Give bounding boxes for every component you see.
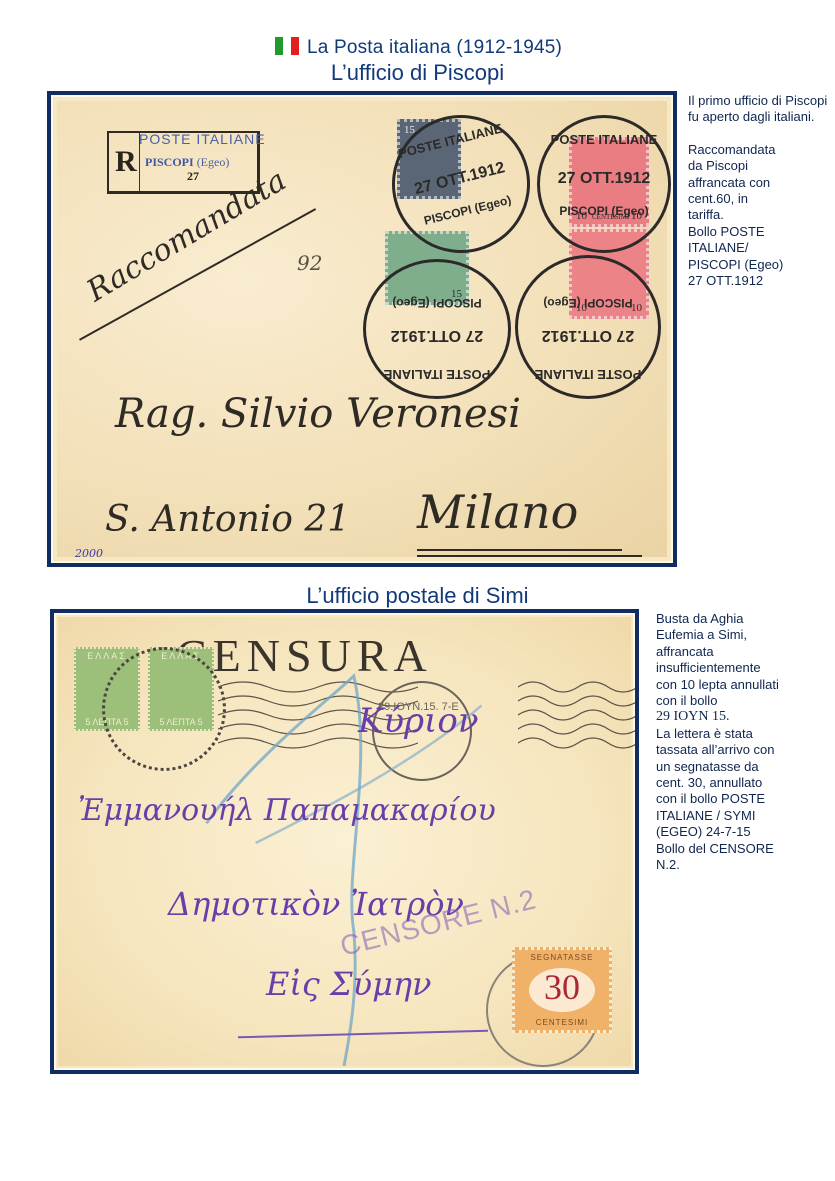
caption-line: con il bollo bbox=[656, 693, 832, 709]
caption-line: Raccomandata bbox=[688, 142, 828, 158]
caption-line: Busta da Aghia bbox=[656, 611, 832, 627]
caption-line: con 10 lepta annullati bbox=[656, 677, 832, 693]
handwritten-street: S. Antonio 21 bbox=[105, 499, 350, 540]
handwritten-kyrion: Κύριον bbox=[358, 701, 479, 741]
postmark: POSTE ITALIANE 27 OTT.1912 PISCOPI (Egeo… bbox=[537, 115, 671, 253]
italian-flag-icon bbox=[273, 37, 301, 55]
section1-title: L’ufficio di Piscopi bbox=[0, 60, 835, 86]
page-header: La Posta italiana (1912-1945) L’ufficio … bbox=[0, 36, 835, 86]
handwritten-city: Milano bbox=[417, 485, 578, 539]
caption-line: cent.60, in bbox=[688, 191, 828, 207]
simi-caption: Busta da Aghia Eufemia a Simi, affrancat… bbox=[656, 611, 832, 874]
segnatasse-30c-stamp: SEGNATASSE 30 CENTESIMI bbox=[512, 947, 612, 1033]
simi-cover-image: CENSURA ΕΛΛΑΣ 5 ΛΕΠΤΑ 5 ΕΛΛΑΣ 5 ΛΕΠΤΑ 5 bbox=[50, 609, 639, 1074]
caption-line: Bollo del CENSORE bbox=[656, 841, 832, 857]
registration-office: PISCOPI (Egeo) bbox=[145, 155, 229, 170]
caption-line: un segnatasse da bbox=[656, 759, 832, 775]
caption-line: PISCOPI (Egeo) bbox=[688, 257, 828, 273]
caption-line: da Piscopi bbox=[688, 158, 828, 174]
caption-line: ITALIANE/ bbox=[688, 240, 828, 256]
handwritten-addressee: Rag. Silvio Veronesi bbox=[115, 391, 521, 437]
postmark: POSTE ITALIANE 27 OTT.1912 PISCOPI (Egeo… bbox=[515, 255, 661, 399]
caption-line: (EGEO) 24-7-15 bbox=[656, 824, 832, 840]
caption-line: ITALIANE / SYMI bbox=[656, 808, 832, 824]
caption-line: con il bollo POSTE bbox=[656, 791, 832, 807]
caption-line: N.2. bbox=[656, 857, 832, 873]
caption-line: cent. 30, annullato bbox=[656, 775, 832, 791]
registration-line1: POSTE ITALIANE bbox=[139, 131, 266, 147]
caption-line: 27 OTT.1912 bbox=[688, 273, 828, 289]
city-underline bbox=[417, 549, 622, 551]
caption-paragraph: Il primo ufficio di Piscopi fu aperto da… bbox=[688, 93, 828, 126]
piscopi-cover-image: R POSTE ITALIANE PISCOPI (Egeo) 27 15 15… bbox=[47, 91, 677, 567]
registration-number: 27 bbox=[187, 169, 199, 184]
section2-title: L’ufficio postale di Simi bbox=[0, 583, 835, 609]
caption-line: Bollo POSTE bbox=[688, 224, 828, 240]
caption-line: affrancata bbox=[656, 644, 832, 660]
postmark: POSTE ITALIANE 27 OTT.1912 PISCOPI (Egeo… bbox=[363, 259, 511, 399]
pencil-note: 2000 bbox=[75, 547, 103, 560]
caption-line: insufficientemente bbox=[656, 660, 832, 676]
caption-line: affrancata con bbox=[688, 175, 828, 191]
piscopi-caption: Il primo ufficio di Piscopi fu aperto da… bbox=[688, 93, 828, 289]
registration-letter: R bbox=[115, 145, 137, 179]
caption-date: 29 IOYN 15. bbox=[656, 709, 832, 725]
page-title-text: La Posta italiana (1912-1945) bbox=[307, 37, 562, 58]
handwritten-mark: 92 bbox=[297, 251, 322, 275]
caption-line: La lettera è stata bbox=[656, 726, 832, 742]
handwritten-addressee: Ἐμμανουήλ Παπαμακαρίου bbox=[78, 793, 496, 828]
caption-line: tariffa. bbox=[688, 207, 828, 223]
page-title: La Posta italiana (1912-1945) bbox=[0, 36, 835, 60]
caption-line: tassata all’arrivo con bbox=[656, 742, 832, 758]
caption-line: Eufemia a Simi, bbox=[656, 627, 832, 643]
envelope-paper: CENSURA ΕΛΛΑΣ 5 ΛΕΠΤΑ 5 ΕΛΛΑΣ 5 ΛΕΠΤΑ 5 bbox=[58, 617, 631, 1066]
handwritten-destination: Εἰς Σύμην bbox=[266, 965, 432, 1003]
envelope-paper: R POSTE ITALIANE PISCOPI (Egeo) 27 15 15… bbox=[57, 101, 667, 557]
city-underline bbox=[417, 555, 642, 557]
